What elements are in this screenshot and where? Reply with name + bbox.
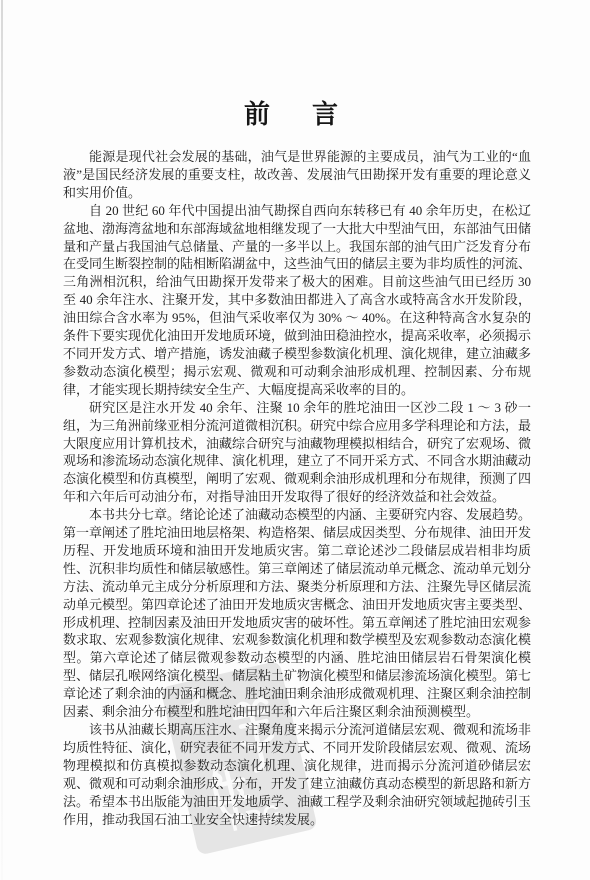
preface-paragraph: 该书从油藏长期高压注水、注聚角度来揭示分流河道储层宏观、微观和流场非均质性特征、… [63, 721, 531, 828]
document-page: PDG 前 言 能源是现代社会发展的基础，油气是世界能源的主要成员，油气为工业的… [0, 0, 590, 880]
preface-paragraph: 本书共分七章。绪论论述了油藏动态模型的内涵、主要研究内容、发展趋势。第一章阐述了… [63, 506, 531, 721]
scan-edge-artifact [1, 0, 3, 880]
preface-paragraph: 研究区是注水开发 40 余年、注聚 10 余年的胜坨油田一区沙二段 1 ～ 3 … [63, 399, 531, 506]
preface-paragraph: 自 20 世纪 60 年代中国提出油气勘探自西向东转移已有 40 余年历史，在松… [63, 202, 531, 399]
preface-body: 能源是现代社会发展的基础，油气是世界能源的主要成员，油气为工业的“血液”是国民经… [63, 148, 531, 828]
preface-paragraph: 能源是现代社会发展的基础，油气是世界能源的主要成员，油气为工业的“血液”是国民经… [63, 148, 531, 202]
page-title: 前 言 [0, 94, 590, 131]
